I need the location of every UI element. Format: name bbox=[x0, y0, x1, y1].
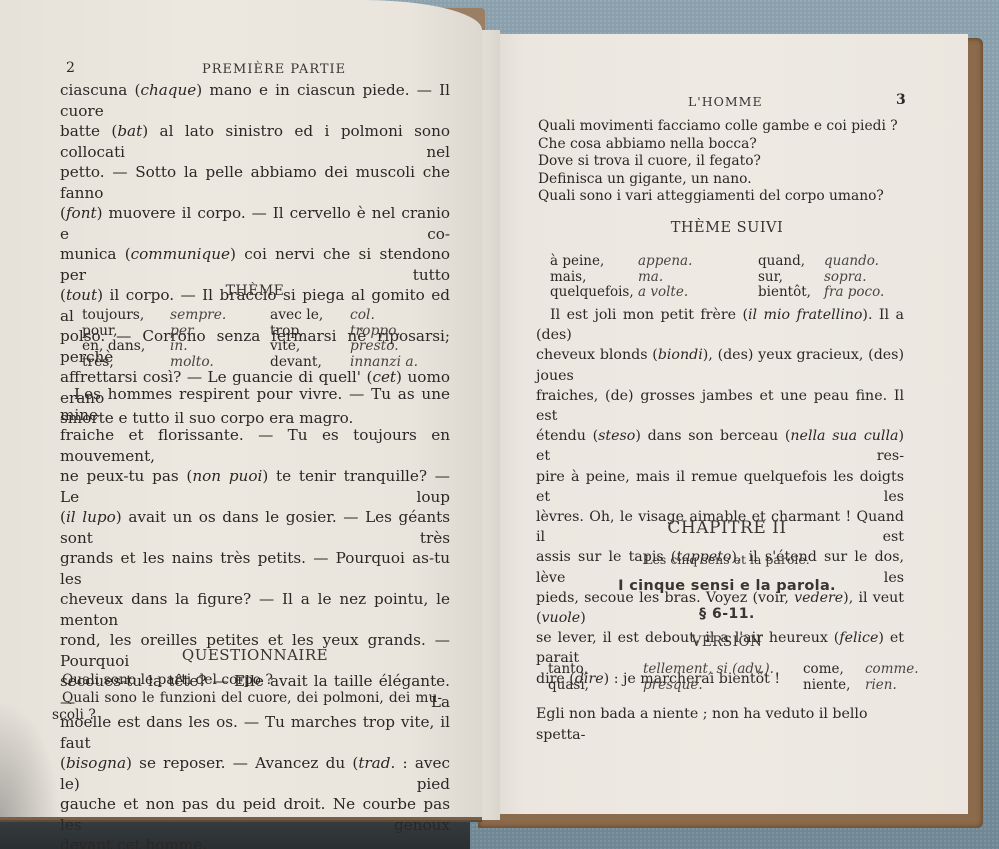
vocab-french-term: à peine, bbox=[550, 254, 638, 270]
vocab-italian-term: troppo. bbox=[350, 324, 430, 340]
vocab-italian-term: quando. bbox=[824, 254, 904, 270]
text-line: gauche et non pas du peid droit. Ne cour… bbox=[60, 794, 450, 835]
running-head: PREMIÈRE PARTIE bbox=[202, 62, 346, 77]
vocab-row: toujours,sempre.avec le,col. bbox=[82, 308, 430, 324]
vocab-row: quasi,presque.niente,rien. bbox=[548, 678, 945, 694]
vocab-italian-term: col. bbox=[350, 308, 430, 324]
questionnaire-list: Quali sono le parti del corpo ?Quali son… bbox=[52, 672, 442, 725]
vocab-italian-term: presto. bbox=[350, 339, 430, 355]
vocab-french-term: très, bbox=[82, 355, 170, 371]
page-left: 2 PREMIÈRE PARTIE ciascuna (chaque) mano… bbox=[0, 0, 482, 817]
vocab-italian-term: innanzi a. bbox=[350, 355, 430, 371]
vocab-french-term: quasi, bbox=[548, 678, 643, 694]
vocab-french-term: tanto, bbox=[548, 662, 643, 678]
text-line: ciascuna (chaque) mano e in ciascun pied… bbox=[60, 80, 450, 121]
chapter-subtitle-french: Les cinq sens et la parole. bbox=[486, 552, 968, 567]
vocab-italian-term: rien. bbox=[865, 678, 945, 694]
text-line: (font) muovere il corpo. — Il cervello è… bbox=[60, 203, 450, 244]
vocab-french-term: niente, bbox=[803, 678, 865, 694]
vocab-french-term: sur, bbox=[758, 270, 824, 286]
chapter-title: CHAPITRE II bbox=[486, 518, 968, 538]
vocab-row: quelquefois,a volte.bientôt,fra poco. bbox=[550, 285, 904, 301]
page-right: L'HOMME 3 Quali movimenti facciamo colle… bbox=[486, 34, 968, 814]
question-line: Dove si trova il cuore, il fegato? bbox=[538, 153, 918, 171]
version-first-line: Egli non bada a niente ; non ha veduto i… bbox=[536, 704, 916, 745]
question-line: Che cosa abbiamo nella bocca? bbox=[538, 136, 918, 154]
vocab-french-term: avec le, bbox=[270, 308, 350, 324]
text-line: (bisogna) se reposer. — Avancez du (trad… bbox=[60, 753, 450, 794]
text-line: pire à peine, mais il remue quelquefois … bbox=[536, 467, 904, 507]
vocab-row: mais,ma.sur,sopra. bbox=[550, 270, 904, 286]
text-line: munica (communique) coi nervi che si ste… bbox=[60, 244, 450, 285]
vocab-french-term: en, dans, bbox=[82, 339, 170, 355]
vocab-french-term: bientôt, bbox=[758, 285, 824, 301]
page-number: 3 bbox=[896, 92, 906, 108]
vocab-french-term: quand, bbox=[758, 254, 824, 270]
section-title-version: VERSION bbox=[486, 634, 968, 650]
vocab-italian-term: presque. bbox=[643, 678, 803, 694]
text-line: batte (bat) al lato sinistro ed i polmon… bbox=[60, 121, 450, 162]
section-reference: § 6-11. bbox=[486, 606, 968, 622]
vocab-french-term: devant, bbox=[270, 355, 350, 371]
exercise-paragraph: Les hommes respirent pour vivre. — Tu as… bbox=[60, 384, 450, 849]
text-line: (il lupo) avait un os dans le gosier. — … bbox=[60, 507, 450, 548]
running-head: L'HOMME bbox=[688, 94, 763, 109]
vocab-french-term: mais, bbox=[550, 270, 638, 286]
text-line: fraiche et florissante. — Tu es toujours… bbox=[60, 425, 450, 466]
question-line: scoli ? bbox=[52, 707, 442, 725]
vocab-row: tanto,tellement, si (adv.).come,comme. bbox=[548, 662, 945, 678]
vocab-italian-term: molto. bbox=[170, 355, 270, 371]
vocab-italian-term: appena. bbox=[638, 254, 758, 270]
theme-suivi-paragraph: Il est joli mon petit frère (il mio frat… bbox=[536, 305, 904, 689]
vocab-french-term: come, bbox=[803, 662, 865, 678]
section-title-theme: THÈME bbox=[60, 283, 450, 299]
vocab-french-term: pour, bbox=[82, 324, 170, 340]
text-line: ne peux-tu pas (non puoi) te tenir tranq… bbox=[60, 466, 450, 507]
vocab-french-term: vite, bbox=[270, 339, 350, 355]
vocab-row: à peine,appena.quand,quando. bbox=[550, 254, 904, 270]
vocab-french-term: trop, bbox=[270, 324, 350, 340]
section-title-questionnaire: QUESTIONNAIRE bbox=[60, 646, 450, 664]
text-line: Les hommes respirent pour vivre. — Tu as… bbox=[60, 384, 450, 425]
vocab-italian-term: sempre. bbox=[170, 308, 270, 324]
vocab-italian-term: tellement, si (adv.). bbox=[643, 662, 803, 678]
vocab-italian-term: ma. bbox=[638, 270, 758, 286]
question-line: Quali movimenti facciamo colle gambe e c… bbox=[538, 118, 918, 136]
text-line: devant cet homme. bbox=[60, 835, 450, 849]
text-line: Il est joli mon petit frère (il mio frat… bbox=[536, 305, 904, 345]
vocab-french-term: toujours, bbox=[82, 308, 170, 324]
text-line: petto. — Sotto la pelle abbiamo dei musc… bbox=[60, 162, 450, 203]
vocab-italian-term: comme. bbox=[865, 662, 945, 678]
vocab-table-theme-suivi: à peine,appena.quand,quando.mais,ma.sur,… bbox=[550, 254, 904, 301]
text-line: cheveux dans la figure? — Il a le nez po… bbox=[60, 589, 450, 630]
question-line: Definisca un gigante, un nano. bbox=[538, 171, 918, 189]
text-line: cheveux blonds (biondi), (des) yeux grac… bbox=[536, 345, 904, 385]
question-line: Quali sono le funzioni del cuore, dei po… bbox=[52, 690, 442, 708]
question-list: Quali movimenti facciamo colle gambe e c… bbox=[538, 118, 918, 206]
intro-paragraph: ciascuna (chaque) mano e in ciascun pied… bbox=[60, 80, 450, 429]
vocab-table-version: tanto,tellement, si (adv.).come,comme.qu… bbox=[548, 662, 945, 693]
vocab-italian-term: in. bbox=[170, 339, 270, 355]
vocab-table-theme: toujours,sempre.avec le,col.pour,per.tro… bbox=[82, 308, 430, 370]
vocab-row: très,molto.devant,innanzi a. bbox=[82, 355, 430, 371]
text-line: fraiches, (de) grosses jambes et une pea… bbox=[536, 386, 904, 426]
chapter-subtitle-italian: I cinque sensi e la parola. bbox=[486, 578, 968, 594]
page-number: 2 bbox=[66, 60, 75, 76]
vocab-row: en, dans,in.vite,presto. bbox=[82, 339, 430, 355]
vocab-italian-term: a volte. bbox=[638, 285, 758, 301]
vocab-italian-term: fra poco. bbox=[824, 285, 904, 301]
question-line: Quali sono le parti del corpo ? bbox=[52, 672, 442, 690]
question-line: Quali sono i vari atteggiamenti del corp… bbox=[538, 188, 918, 206]
text-line: grands et les nains très petits. — Pourq… bbox=[60, 548, 450, 589]
vocab-italian-term: per. bbox=[170, 324, 270, 340]
section-title-theme-suivi: THÈME SUIVI bbox=[486, 220, 968, 236]
vocab-row: pour,per.trop,troppo. bbox=[82, 324, 430, 340]
vocab-italian-term: sopra. bbox=[824, 270, 904, 286]
text-line: étendu (steso) dans son berceau (nella s… bbox=[536, 426, 904, 466]
vocab-french-term: quelquefois, bbox=[550, 285, 638, 301]
